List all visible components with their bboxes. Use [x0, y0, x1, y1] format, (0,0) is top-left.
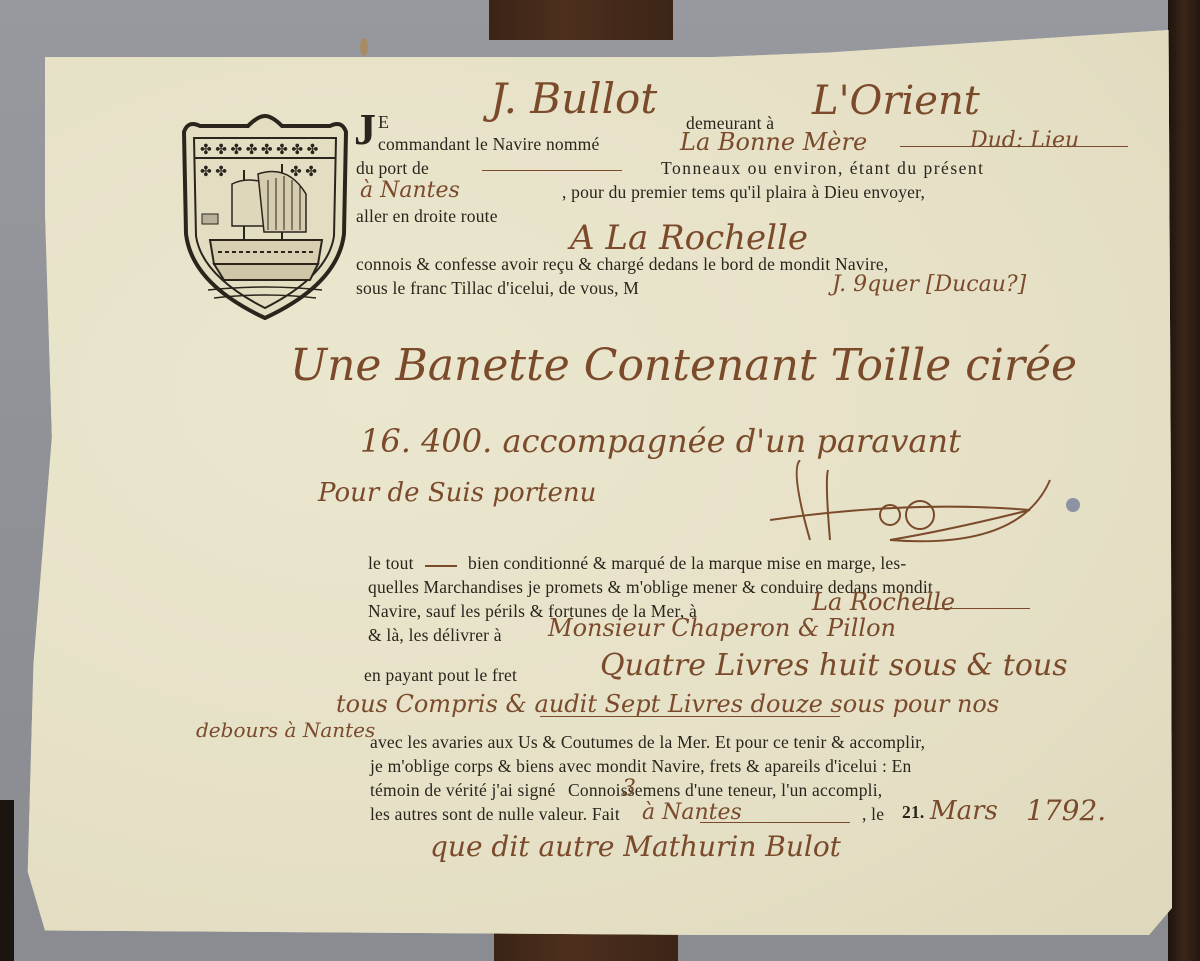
- handwritten-consignee: Monsieur Chaperon & Pillon: [548, 614, 896, 642]
- printed-line-aller: aller en droite route: [356, 206, 498, 227]
- printed-line-fret: en payant pout le fret: [364, 665, 517, 686]
- wooden-frame-right: [1168, 0, 1200, 961]
- handwritten-margin-note: debours à Nantes: [196, 718, 375, 742]
- handwritten-freight-line1: Quatre Livres huit sous & tous: [600, 648, 1068, 683]
- svg-text:✤ ✤ ✤ ✤ ✤ ✤ ✤ ✤: ✤ ✤ ✤ ✤ ✤ ✤ ✤ ✤: [200, 143, 319, 158]
- handwritten-month: Mars: [930, 796, 998, 826]
- handwritten-ship-suffix: Dud: Lieu: [970, 128, 1079, 153]
- printed-line-le: , le: [862, 804, 884, 825]
- handwritten-shipper: J. 9quer [Ducau?]: [832, 272, 1026, 297]
- handwritten-delivery-city: La Rochelle: [812, 588, 955, 616]
- underline-rule: [920, 608, 1030, 609]
- blank-rule: [425, 565, 457, 567]
- handwritten-copies-count: 3: [622, 776, 636, 801]
- svg-text:✤ ✤: ✤ ✤: [290, 165, 317, 180]
- printed-line-delivrer: & là, les délivrer à: [368, 625, 502, 646]
- dark-stand-left: [0, 800, 14, 961]
- handwritten-ship-name: La Bonne Mère: [680, 128, 867, 156]
- printed-line-connoissemens: Connoissemens d'une teneur, l'un accompl…: [568, 780, 882, 801]
- printed-line-oblige: je m'oblige corps & biens avec mondit Na…: [370, 756, 912, 777]
- handwritten-cargo-line2: 16. 400. accompagnée d'un paravant: [360, 422, 961, 460]
- drop-cap-j: J: [354, 108, 376, 152]
- underline-rule: [540, 716, 840, 717]
- printed-line-port: du port de: [356, 158, 429, 179]
- handwritten-signature: que dit autre Mathurin Bulot: [430, 830, 841, 863]
- wooden-easel-top: [489, 0, 673, 40]
- handwritten-residence: L'Orient: [812, 78, 980, 124]
- svg-text:✤ ✤: ✤ ✤: [200, 165, 227, 180]
- printed-line-tillac: sous le franc Tillac d'icelui, de vous, …: [356, 278, 639, 299]
- handwritten-year: 1792.: [1026, 794, 1106, 827]
- ink-stain: [360, 38, 368, 56]
- printed-line-temoin: témoin de vérité j'ai signé: [370, 780, 555, 801]
- printed-line-commandant: commandant le Navire nommé: [378, 134, 599, 155]
- blank-rule: [482, 170, 622, 171]
- merchant-mark-flourish: [770, 460, 1060, 550]
- ship-crest-icon: ✤ ✤ ✤ ✤ ✤ ✤ ✤ ✤ ✤ ✤ ✤ ✤: [178, 114, 352, 320]
- printed-line-pour: , pour du premier tems qu'il plaira à Di…: [562, 182, 925, 203]
- printed-date-day: 21.: [902, 802, 924, 823]
- printed-line-tonneaux: Tonneaux ou environ, étant du présent: [661, 158, 985, 179]
- handwritten-port: à Nantes: [360, 178, 460, 203]
- printed-line-conditionne: bien conditionné & marqué de la marque m…: [468, 553, 906, 574]
- handwritten-cargo-line3: Pour de Suis portenu: [318, 478, 596, 508]
- handwritten-freight-line2: tous Compris & audit Sept Livres douze s…: [336, 690, 999, 718]
- handwritten-cargo-line1: Une Banette Contenant Toille cirée: [290, 340, 1077, 391]
- printed-line-tout: le tout: [368, 553, 414, 574]
- handwritten-captain-name: J. Bullot: [490, 74, 657, 123]
- printed-line-fait: les autres sont de nulle valeur. Fait: [370, 804, 620, 825]
- underline-rule: [900, 146, 1128, 147]
- drop-cap-e: E: [378, 112, 389, 133]
- handwritten-destination: A La Rochelle: [570, 218, 808, 258]
- printed-line-avaries: avec les avaries aux Us & Coutumes de la…: [370, 732, 925, 753]
- underline-rule: [700, 822, 850, 823]
- blue-spot: [1066, 498, 1080, 512]
